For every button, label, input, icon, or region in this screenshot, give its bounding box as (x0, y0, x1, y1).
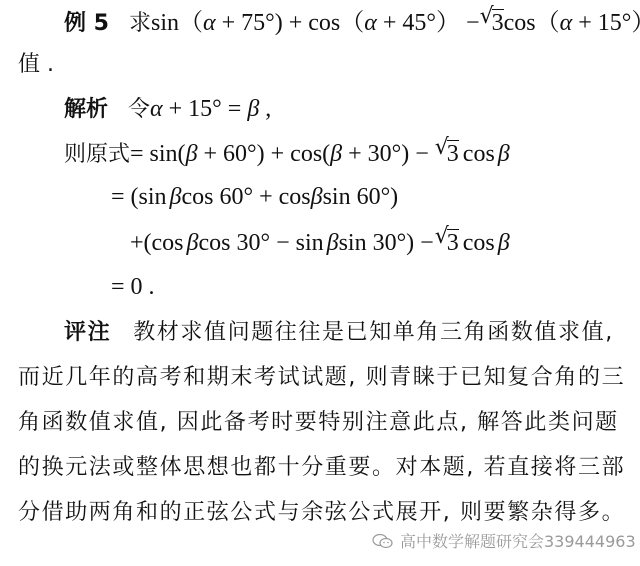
math-beta: β (498, 230, 510, 256)
math-sqrt: √3 (480, 9, 504, 35)
math-text: cos 60° + cos (182, 184, 311, 210)
sqrt-icon: √ (435, 137, 449, 159)
solution-let-line: 解析令α + 15° = β , (64, 97, 271, 121)
let-prefix: 令 (128, 97, 150, 122)
example-statement-line-2: 值 . (18, 54, 54, 76)
example-label: 例 5 (64, 11, 109, 36)
step1-prefix: 则原式 (64, 142, 130, 167)
math-text: = sin( (130, 141, 186, 167)
example-statement-line-1: 例 5求sin（α + 75°) + cos（α + 45°） −√3cos（α… (64, 9, 640, 35)
math-beta: β (327, 230, 339, 256)
solution-step-1: 则原式= sin(β + 60°) + cos(β + 30°) − √3cos… (64, 140, 510, 166)
math-sin: sin（ (151, 10, 203, 36)
comment-line-1: 评注教材求值问题往往是已知单角三角函数值求值, (64, 322, 614, 344)
math-plus45: + 45°） (377, 10, 460, 36)
math-plus75: + 75°) (216, 10, 283, 36)
wechat-icon (372, 533, 394, 549)
math-sqrt: √3 (435, 229, 459, 255)
math-text: cos (463, 230, 495, 256)
math-plus: + (283, 10, 309, 36)
sqrt-icon: √ (480, 6, 494, 28)
solution-step-2: = (sinβcos 60° + cosβsin 60°) (111, 185, 398, 209)
solution-label: 解析 (64, 97, 108, 122)
sqrt-icon: √ (435, 226, 449, 248)
watermark-text: 高中数学解题研究会339444963 (400, 529, 636, 552)
math-text: sin 60°) (323, 184, 399, 210)
math-text: +(cos (130, 230, 184, 256)
math-alpha: α (560, 10, 573, 36)
comment-text: 教材求值问题往往是已知单角三角函数值求值, (133, 320, 614, 345)
math-beta: β (498, 141, 510, 167)
math-text: cos (463, 141, 495, 167)
math-cos: cos（ (308, 10, 364, 36)
math-beta: β (170, 184, 182, 210)
math-let-end: , (259, 96, 271, 122)
math-text: cos 30° − sin (198, 230, 323, 256)
math-cos: cos（ (504, 10, 560, 36)
math-text: + 60°) + cos( (198, 141, 331, 167)
comment-line-2: 而近几年的高考和期末考试试题, 则青睐于已知复合角的三 (18, 367, 625, 389)
math-let-mid: + 15° = (163, 96, 248, 122)
math-plus15: + 15°） (572, 10, 640, 36)
math-beta: β (311, 184, 323, 210)
math-text: + 30°) − (342, 141, 435, 167)
solution-step-4: = 0 . (111, 275, 155, 299)
comment-line-3: 角函数值求值, 因此备考时要特别注意此点, 解答此类问题 (18, 412, 619, 434)
math-sqrt: √3 (435, 140, 459, 166)
math-beta: β (186, 141, 198, 167)
watermark: 高中数学解题研究会339444963 (372, 529, 636, 552)
solution-step-3: +(cosβcos 30° − sinβsin 30°) −√3cosβ (130, 229, 510, 255)
math-text: = (sin (111, 184, 167, 210)
math-alpha: α (364, 10, 377, 36)
math-minus: − (460, 10, 480, 36)
comment-line-5: 分借助两角和的正弦公式与余弦公式展开, 则要繁杂得多。 (18, 502, 625, 524)
math-alpha: α (150, 96, 163, 122)
math-alpha: α (203, 10, 216, 36)
comment-label: 评注 (64, 320, 111, 345)
math-beta: β (330, 141, 342, 167)
example-prompt-prefix: 求 (129, 11, 151, 36)
math-beta: β (187, 230, 199, 256)
math-text: sin 30°) − (339, 230, 434, 256)
comment-line-4: 的换元法或整体思想也都十分重要。对本题, 若直接将三部 (18, 457, 625, 479)
math-beta: β (247, 96, 259, 122)
